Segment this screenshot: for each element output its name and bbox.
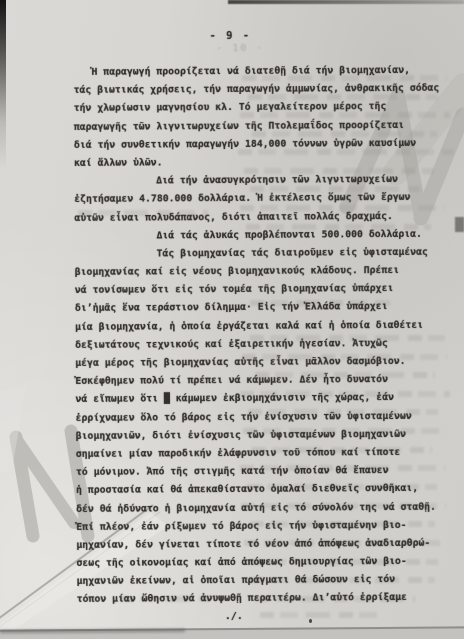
text-line: ἐρρίχναμεν ὅλο τό βάρος εἰς τήν ἐνίσχυσι… — [76, 407, 442, 427]
text-line: τήν χλωρίωσιν μαγνησίου κλ. Τό μεγαλείτε… — [74, 98, 440, 118]
text-line: δι’ἡμᾶς ἕνα τεράστιον δίλημμα· Εἰς τήν Ἑ… — [75, 298, 441, 318]
text-line: τόπον μίαν ὤθησιν νά ἀνυψωθῇ περαιτέρω. … — [77, 589, 443, 609]
text-line: τάς βιωτικάς χρήσεις, τήν παραγωγήν ἀμμω… — [74, 80, 440, 100]
ghost-page-number: - 10 - — [8, 42, 464, 56]
text-line: ἐζητήσαμεν 4.780.000 δολλάρια. Ἡ ἐκτέλεσ… — [74, 189, 440, 209]
text-line: μηχανίαν, δέν γίνεται τίποτε τό νέον ἀπό… — [76, 535, 442, 555]
continuation-mark: ./. — [2, 610, 464, 624]
text-line: νά τονίσωμεν ὅτι εἰς τόν τομέα τῆς βιομη… — [75, 280, 441, 300]
text-line: παραγωγῆς τῶν λιγνιτωρυχείων τῆς Πτολεμα… — [74, 116, 440, 136]
text-line: Διά τάς ἁλυκάς προβλέπονται 500.000 δολλ… — [74, 225, 440, 245]
text-line: Τάς βιομηχανίας τάς διαιροῦμεν εἰς ὑφιστ… — [75, 244, 441, 264]
text-line: καί ἄλλων ὑλῶν. — [74, 153, 440, 173]
text-line: δέν θά ἠδύνατο ἡ βιομηχανία αὐτή εἰς τό … — [76, 498, 442, 518]
typewritten-layer: - 9 - - 10 - Ἡ παραγωγή προορίζεται νά δ… — [0, 0, 464, 639]
text-line: Διά τήν ἀνασυγκρότησιν τῶν λιγνιτωρυχείω… — [74, 171, 440, 191]
text-line: νά εἴπωμεν ὅτι █ κάμωμεν ἐκβιομηχάνισιν … — [75, 389, 441, 409]
text-line: μηχανιῶν ἐκείνων, αἱ ὁποῖαι πράγματι θά … — [77, 571, 443, 591]
text-line: ἡ προστασία καί θά ἀπεκαθίσταντο ὁμαλαί … — [76, 480, 442, 500]
text-line: βιομηχανιῶν, διότι ἐνίσχυσις τῶν ὑφισταμ… — [76, 425, 442, 445]
text-line: μέγα μέρος τῆς βιομηχανίας αὐτῆς εἶναι μ… — [75, 353, 441, 373]
text-line: σεως τῆς οἰκονομίας καί ἀπό ἀπόψεως δημι… — [76, 553, 442, 573]
text-line: βιομηχανίας καί εἰς νέους βιομηχανικούς … — [75, 262, 441, 282]
text-line: Ἐπί πλέον, ἐάν ρίξωμεν τό βάρος εἰς τήν … — [76, 516, 442, 536]
text-line: μία βιομηχανία, ἡ ὁποία ἐργάζεται καλά κ… — [75, 316, 441, 336]
scanned-document-page: - 9 - - 10 - Ἡ παραγωγή προορίζεται νά δ… — [0, 0, 464, 639]
text-line: διά τήν συνθετικήν παραγωγήν 184,000 τόν… — [74, 134, 440, 154]
text-line: Ἐσκέφθημεν πολύ τί πρέπει νά κάμωμεν. Δέ… — [75, 371, 441, 391]
text-line: τό μόνιμον. Ἀπό τῆς στιγμῆς κατά τήν ὁπο… — [76, 462, 442, 482]
text-line: σημαίνει μίαν παροδικήν ἐλάφρυνσιν τοῦ τ… — [76, 444, 442, 464]
text-line: Ἡ παραγωγή προορίζεται νά διατεθῇ διά τή… — [73, 62, 439, 82]
text-line: δεξιωτάτους τεχνικούς καί ἐξαιρετικήν ἡγ… — [75, 335, 441, 355]
text-line: αὐτῶν εἶναι πολυδάπανος, διότι ἀπαιτεῖ π… — [74, 207, 440, 227]
document-body: Ἡ παραγωγή προορίζεται νά διατεθῇ διά τή… — [73, 62, 442, 610]
